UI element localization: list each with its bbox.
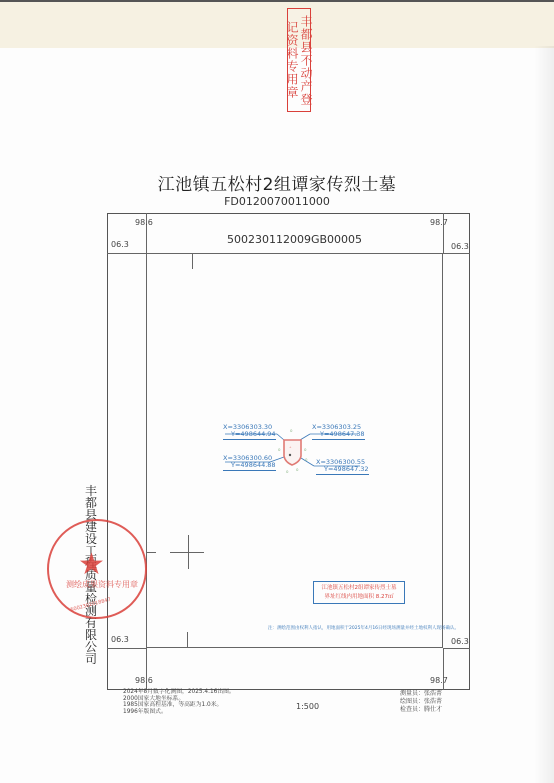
legend-parcel-name: 江池镇五松村2组谭家传烈士墓 <box>314 584 404 593</box>
svg-text:o: o <box>286 469 289 474</box>
survey-note: 注：测绘范围由权利人指认，用地面积于2025年4月16日经现场测量并经土地权利人… <box>268 625 459 631</box>
staff-info: 测量员：张浩菁 绘图员：张浩菁 检查员：腾仕才 <box>400 690 442 714</box>
seal-star-icon: ★ <box>78 550 105 580</box>
coordinate-label-nw: X=3306303.30Y=498644.94 <box>223 424 276 440</box>
svg-text:o: o <box>296 467 299 472</box>
svg-text:o: o <box>290 428 293 433</box>
seal-inner-text: 测绘成果资料专用章 <box>66 579 138 590</box>
svg-text:o: o <box>278 447 281 452</box>
area-legend-box: 江池镇五松村2组谭家传烈士墓 界址红线内用地面积 8.27㎡ <box>313 581 405 604</box>
coordinate-label-ne: X=3306303.25Y=498647.38 <box>312 424 365 440</box>
map-scale: 1:500 <box>296 702 319 711</box>
coordinate-label-sw: X=3306300.60Y=498644.88 <box>223 455 276 471</box>
svg-text:o: o <box>305 457 308 462</box>
survey-info: 2024年8月数字化测图，2025.4.16出图。 2000国家大地坐标系。 1… <box>123 689 235 715</box>
legend-area: 界址红线内用地面积 8.27㎡ <box>314 593 404 602</box>
parcel-plot: + ooo ooo <box>0 0 554 783</box>
coordinate-label-se: X=3306300.55Y=498647.32 <box>316 459 369 475</box>
svg-text:o: o <box>304 447 307 452</box>
